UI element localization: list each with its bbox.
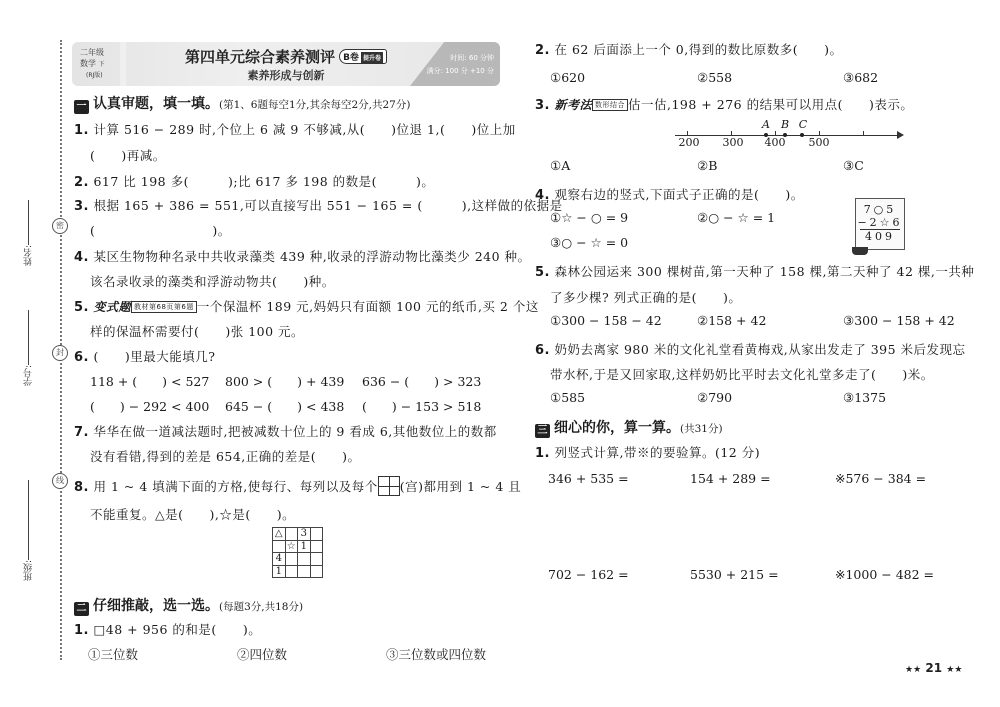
student-id-field[interactable]: 学号: bbox=[22, 310, 35, 386]
q1-8-cont: 不能重复。△是( ),☆是( )。 bbox=[90, 505, 295, 523]
calc-item: 702 − 162 = bbox=[548, 567, 629, 582]
seal-xian: 线 bbox=[52, 473, 68, 489]
q1-3-cont: ( )。 bbox=[90, 221, 231, 239]
section-1-title: 认真审题，填一填。 bbox=[93, 96, 219, 112]
palace-grid-icon bbox=[378, 476, 400, 496]
point-label: C bbox=[799, 118, 807, 131]
q2-5-cont: 了多少棵? 列式正确的是( )。 bbox=[550, 288, 741, 306]
section-3-title: 细心的你，算一算。 bbox=[554, 420, 680, 436]
class-label: 班级: bbox=[22, 560, 35, 581]
q1-7-cont: 没有看错,得到的差是 654,正确的差是( )。 bbox=[90, 447, 361, 465]
option-3[interactable]: ③682 bbox=[843, 70, 878, 85]
textbook-ref-tag: 教材第68页第6题 bbox=[131, 301, 197, 313]
q1-3: 3. 根据 165 + 386 = 551,可以直接写出 551 − 165 =… bbox=[74, 196, 563, 214]
q2-1: 1. □48 + 956 的和是( )。 bbox=[74, 620, 261, 638]
option-1[interactable]: ①585 bbox=[550, 390, 585, 405]
grid-cell[interactable]: 1 bbox=[298, 540, 311, 553]
question-text: 用 1 ~ 4 填满下面的方格,使每行、每列以及每个 bbox=[93, 479, 377, 494]
star-icon: ★ bbox=[954, 665, 962, 675]
grid-cell[interactable] bbox=[285, 528, 298, 541]
q1-4-cont: 该名录收录的藻类和浮游动物共( )种。 bbox=[90, 272, 335, 290]
q1-6-item: ( ) − 153 > 518 bbox=[362, 397, 481, 415]
calc-item: 346 + 535 = bbox=[548, 471, 629, 486]
q1-5-cont: 样的保温杯需要付( )张 100 元。 bbox=[90, 322, 304, 340]
number-line-axis bbox=[675, 135, 900, 136]
grid-cell[interactable]: 4 bbox=[273, 553, 286, 566]
name-blank-line bbox=[28, 200, 29, 245]
page-number-text: 21 bbox=[925, 661, 942, 675]
volume-badge-text: B卷 bbox=[343, 53, 359, 63]
question-text: 观察右边的竖式,下面式子正确的是( )。 bbox=[554, 187, 803, 202]
q1-6-item: 118 + ( ) < 527 bbox=[90, 372, 209, 390]
question-number: 4. bbox=[535, 188, 550, 203]
star-icon: ★ bbox=[913, 665, 921, 675]
option-2[interactable]: ②四位数 bbox=[237, 645, 287, 663]
section-1-note: (第1、6题每空1分,其余每空2分,共27分) bbox=[219, 99, 410, 111]
student-id-label: 学号: bbox=[22, 365, 35, 386]
tick-label: 500 bbox=[809, 136, 830, 149]
q1-6-item: 645 − ( ) < 438 bbox=[225, 397, 344, 415]
volume-tag: 提升卷 bbox=[361, 52, 383, 63]
name-field[interactable]: 姓名: bbox=[22, 200, 35, 266]
section-marker-icon: 一 bbox=[74, 100, 89, 114]
option-2[interactable]: ②B bbox=[697, 158, 717, 173]
option-3[interactable]: ③1375 bbox=[843, 390, 886, 405]
binding-margin: 姓名: 密 学号: 封 班级: 线 bbox=[0, 0, 70, 707]
page-number: ★★ 21 ★★ bbox=[905, 661, 962, 675]
section-marker-icon: 三 bbox=[535, 424, 550, 438]
header-banner: 二年级 数学 下 (RJ版) 第四单元综合素养测评B卷提升卷 素养形成与创新 时… bbox=[72, 42, 500, 86]
board-row: 409 bbox=[856, 230, 904, 243]
q2-6-cont: 带水杯,于是又回家取,这样奶奶比平时去文化礼堂多走了( )米。 bbox=[550, 365, 934, 383]
grid-cell[interactable] bbox=[298, 553, 311, 566]
board-row: 7○5 bbox=[856, 203, 904, 216]
point-label: A bbox=[762, 118, 770, 131]
q1-6-item: ( ) − 292 < 400 bbox=[90, 397, 209, 415]
grid-cell[interactable]: ☆ bbox=[285, 540, 298, 553]
new-method-tag-lead: 新考法 bbox=[554, 98, 592, 112]
student-id-blank-line bbox=[28, 310, 29, 365]
cup-icon bbox=[852, 247, 868, 255]
q1-6-item: 800 > ( ) + 439 bbox=[225, 372, 344, 390]
grid-cell[interactable] bbox=[285, 553, 298, 566]
name-label: 姓名: bbox=[22, 245, 35, 266]
option-2[interactable]: ②158 + 42 bbox=[697, 313, 766, 328]
number-line: 200 300 400 500 A B C bbox=[675, 118, 910, 158]
section-marker-icon: 二 bbox=[74, 602, 89, 616]
option-1[interactable]: ①☆ − ○ = 9 bbox=[550, 210, 628, 225]
question-text: 计算 516 − 289 时,个位上 6 减 9 不够减,从( )位退 1,( … bbox=[93, 122, 515, 137]
grid-cell[interactable]: △ bbox=[273, 528, 286, 541]
class-field[interactable]: 班级: bbox=[22, 480, 35, 581]
question-text: 在 62 后面添上一个 0,得到的数比原数多( )。 bbox=[554, 42, 842, 57]
q1-2: 2. 617 比 198 多( );比 617 多 198 的数是( )。 bbox=[74, 172, 434, 190]
section-2-title: 仔细推敲，选一选。 bbox=[93, 598, 219, 614]
question-text: 根据 165 + 386 = 551,可以直接写出 551 − 165 = ( … bbox=[93, 198, 562, 213]
question-number: 4. bbox=[74, 250, 89, 265]
option-3[interactable]: ③三位数或四位数 bbox=[386, 645, 486, 663]
seal-mi: 密 bbox=[52, 218, 68, 234]
calc-item: 5530 + 215 = bbox=[690, 567, 779, 582]
question-text: 华华在做一道减法题时,把被减数十位上的 9 看成 6,其他数位上的数都 bbox=[93, 424, 496, 439]
option-3[interactable]: ③○ − ☆ = 0 bbox=[550, 235, 628, 250]
star-icon: ★ bbox=[905, 665, 913, 675]
section-3-heading: 三细心的你，算一算。(共31分) bbox=[535, 417, 723, 438]
grid-cell[interactable]: 1 bbox=[273, 565, 286, 578]
q2-6: 6. 奶奶去离家 980 米的文化礼堂看黄梅戏,从家出发走了 395 米后发现忘 bbox=[535, 340, 966, 358]
calc-item: ※1000 − 482 = bbox=[835, 567, 934, 582]
option-1[interactable]: ①620 bbox=[550, 70, 585, 85]
question-number: 2. bbox=[535, 43, 550, 58]
question-number: 2. bbox=[74, 175, 89, 190]
method-tag: 数形结合 bbox=[592, 99, 628, 111]
question-text: ( )里最大能填几? bbox=[93, 349, 215, 364]
option-1[interactable]: ①三位数 bbox=[88, 645, 138, 663]
point-label: B bbox=[781, 118, 789, 131]
q2-2: 2. 在 62 后面添上一个 0,得到的数比原数多( )。 bbox=[535, 40, 842, 58]
question-number: 6. bbox=[74, 350, 89, 365]
arrow-right-icon bbox=[897, 131, 904, 139]
section-1-heading: 一认真审题，填一填。(第1、6题每空1分,其余每空2分,共27分) bbox=[74, 93, 410, 114]
q1-1: 1. 计算 516 − 289 时,个位上 6 减 9 不够减,从( )位退 1… bbox=[74, 120, 516, 138]
calc-item: ※576 − 384 = bbox=[835, 471, 926, 486]
section-3-note: (共31分) bbox=[680, 423, 723, 435]
q1-6: 6. ( )里最大能填几? bbox=[74, 347, 215, 365]
q1-1-cont: ( )再减。 bbox=[90, 146, 166, 164]
point-a bbox=[764, 133, 768, 137]
grid-cell[interactable] bbox=[273, 540, 286, 553]
question-text: (宫)都用到 1 ~ 4 且 bbox=[400, 479, 522, 494]
question-number: 1. bbox=[74, 623, 89, 638]
point-c bbox=[800, 133, 804, 137]
tick bbox=[863, 131, 864, 136]
question-number: 8. bbox=[74, 480, 89, 495]
grid-cell[interactable]: 3 bbox=[298, 528, 311, 541]
q1-8: 8. 用 1 ~ 4 填满下面的方格,使每行、每列以及每个(宫)都用到 1 ~ … bbox=[74, 476, 521, 496]
question-text: 森林公园运来 300 棵树苗,第一天种了 158 棵,第二天种了 42 棵,一共… bbox=[554, 264, 974, 279]
question-text: 某区生物物种名录中共收录藻类 439 种,收录的浮游动物比藻类少 240 种。 bbox=[93, 249, 530, 264]
option-2[interactable]: ②○ − ☆ = 1 bbox=[697, 210, 775, 225]
section-2-heading: 二仔细推敲，选一选。(每题3分,共18分) bbox=[74, 595, 303, 616]
sudoku-grid: △3 ☆1 4 1 bbox=[272, 527, 323, 578]
grid-cell[interactable] bbox=[310, 553, 323, 566]
grid-cell[interactable] bbox=[298, 565, 311, 578]
title-text: 第四单元综合素养测评 bbox=[185, 48, 335, 66]
calc-item: 154 + 289 = bbox=[690, 471, 771, 486]
question-number: 7. bbox=[74, 425, 89, 440]
grid-cell[interactable] bbox=[310, 528, 323, 541]
question-text: □48 + 956 的和是( )。 bbox=[93, 622, 261, 637]
option-3[interactable]: ③300 − 158 + 42 bbox=[843, 313, 955, 328]
question-text: 列竖式计算,带※的要验算。(12 分) bbox=[554, 445, 760, 460]
question-number: 3. bbox=[74, 199, 89, 214]
seal-feng: 封 bbox=[52, 345, 68, 361]
board-row: −2☆6 bbox=[856, 216, 904, 229]
option-1[interactable]: ①300 − 158 − 42 bbox=[550, 313, 662, 328]
question-number: 1. bbox=[535, 446, 550, 461]
grid-cell[interactable] bbox=[310, 540, 323, 553]
question-number: 5. bbox=[535, 265, 550, 280]
question-number: 6. bbox=[535, 343, 550, 358]
tick-label: 200 bbox=[679, 136, 700, 149]
question-text: 估一估,198 + 276 的结果可以用点( )表示。 bbox=[628, 97, 913, 112]
option-2[interactable]: ②558 bbox=[697, 70, 732, 85]
q1-6-item: 636 − ( ) > 323 bbox=[362, 372, 481, 390]
q3-1: 1. 列竖式计算,带※的要验算。(12 分) bbox=[535, 443, 760, 461]
q2-3: 3. 新考法数形结合估一估,198 + 276 的结果可以用点( )表示。 bbox=[535, 95, 913, 113]
question-text: 奶奶去离家 980 米的文化礼堂看黄梅戏,从家出发走了 395 米后发现忘 bbox=[554, 342, 965, 357]
question-text: 617 比 198 多( );比 617 多 198 的数是( )。 bbox=[93, 174, 434, 189]
section-2-note: (每题3分,共18分) bbox=[219, 601, 303, 613]
volume-badge: B卷提升卷 bbox=[339, 49, 387, 64]
question-number: 1. bbox=[74, 123, 89, 138]
option-1[interactable]: ①A bbox=[550, 158, 570, 173]
q1-7: 7. 华华在做一道减法题时,把被减数十位上的 9 看成 6,其他数位上的数都 bbox=[74, 422, 497, 440]
grid-cell[interactable] bbox=[310, 565, 323, 578]
q2-5: 5. 森林公园运来 300 棵树苗,第一天种了 158 棵,第二天种了 42 棵… bbox=[535, 262, 974, 280]
class-blank-line bbox=[28, 480, 29, 560]
option-2[interactable]: ②790 bbox=[697, 390, 732, 405]
q1-4: 4. 某区生物物种名录中共收录藻类 439 种,收录的浮游动物比藻类少 240 … bbox=[74, 247, 531, 265]
vertical-calculation-board: 7○5 −2☆6 409 bbox=[855, 198, 905, 250]
question-text: 一个保温杯 189 元,妈妈只有面额 100 元的纸币,买 2 个这 bbox=[197, 299, 539, 314]
q1-5: 5. 变式题教材第68页第6题一个保温杯 189 元,妈妈只有面额 100 元的… bbox=[74, 297, 539, 315]
question-number: 3. bbox=[535, 98, 550, 113]
point-b bbox=[783, 133, 787, 137]
tick-label: 400 bbox=[765, 136, 786, 149]
variant-tag-lead: 变式题 bbox=[93, 300, 131, 314]
tick-label: 300 bbox=[723, 136, 744, 149]
option-3[interactable]: ③C bbox=[843, 158, 864, 173]
question-number: 5. bbox=[74, 300, 89, 315]
grid-cell[interactable] bbox=[285, 565, 298, 578]
q2-4: 4. 观察右边的竖式,下面式子正确的是( )。 bbox=[535, 185, 804, 203]
